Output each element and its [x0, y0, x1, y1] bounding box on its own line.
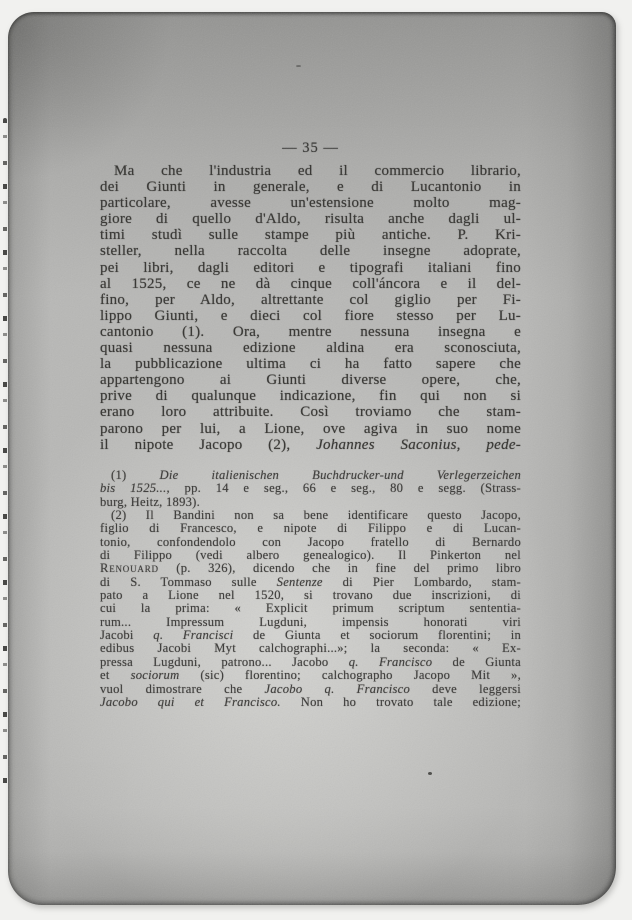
- text-line: steller, nella raccolta delle insegne ad…: [100, 243, 521, 259]
- text-run: di Filippo (vedi albero genealogico). Il…: [100, 548, 521, 562]
- text-run: pei libri, dagli editori e tipografi ita…: [100, 260, 521, 276]
- text-line: (2) Il Bandini non sa bene identificare …: [100, 509, 521, 522]
- deckle-edge: [3, 118, 7, 786]
- italic-run: sociorum: [131, 668, 180, 682]
- text-line: pressa Lugduni, patrono... Jacobo q. Fra…: [100, 656, 521, 669]
- text-run: vuol dimostrare che: [100, 682, 265, 696]
- text-line: di S. Tommaso sulle Sentenze di Pier Lom…: [100, 576, 521, 589]
- text-run: deve leggersi: [410, 682, 521, 696]
- text-run: steller, nella raccolta delle insegne ad…: [100, 243, 521, 259]
- text-run: di S. Tommaso sulle: [100, 575, 277, 589]
- text-run: (2) Il Bandini non sa bene identificare …: [111, 508, 521, 522]
- text-run: appartengono ai Giunti diverse opere, ch…: [100, 372, 521, 388]
- italic-run: Johannes Saconius, pede-: [316, 437, 521, 453]
- text-run: (1): [111, 468, 160, 482]
- text-run: cantonio (1). Ora, mentre nessuna insegn…: [100, 324, 521, 340]
- text-run: al 1525, ce ne dà cinque coll'áncora e i…: [100, 276, 521, 292]
- text-run: la pubblicazione ultima ci ha fatto sape…: [100, 356, 521, 372]
- text-run: Non ho trovato tale edizione;: [281, 695, 521, 709]
- italic-run: q. Francisco: [349, 655, 433, 669]
- text-run: dei Giunti in generale, e di Lucantonio …: [100, 179, 521, 195]
- text-line: cui la prima: « Explicit primum scriptum…: [100, 602, 521, 615]
- scanned-page: — 35 — Ma che l'industria ed il commerci…: [8, 12, 616, 905]
- text-line: parono per lui, a Lione, ove agiva in su…: [100, 421, 521, 437]
- text-line: il nipote Jacopo (2), Johannes Saconius,…: [100, 437, 521, 453]
- text-line: fino, per Aldo, altrettante col giglio p…: [100, 292, 521, 308]
- text-run: cui la prima: « Explicit primum scriptum…: [100, 601, 521, 615]
- text-run: tonio, confondendolo con Jacopo fratello…: [100, 535, 521, 549]
- text-run: (p. 326), dicendo che in fine del primo …: [159, 561, 521, 575]
- text-line: timi studì sulle stampe più antiche. P. …: [100, 227, 521, 243]
- text-run: Ma che l'industria ed il commercio libra…: [114, 163, 521, 179]
- text-run: di Pier Lombardo, stam-: [323, 575, 521, 589]
- text-line: Jacobi q. Francisci de Giunta et socioru…: [100, 629, 521, 642]
- text-line: lippo Giunti, e dieci col fiore stesso p…: [100, 308, 521, 324]
- italic-run: q. Francisci: [153, 628, 233, 642]
- text-line: figlio di Francesco, e nipote di Filippo…: [100, 522, 521, 535]
- text-line: al 1525, ce ne dà cinque coll'áncora e i…: [100, 276, 521, 292]
- text-run: giore di quello d'Aldo, risulta anche da…: [100, 211, 521, 227]
- text-line: Ma che l'industria ed il commercio libra…: [100, 163, 521, 179]
- text-line: particolare, avesse un'estensione molto …: [100, 195, 521, 211]
- text-line: (1) Die italienischen Buchdrucker-und Ve…: [100, 469, 521, 482]
- text-run: Jacobi: [100, 628, 153, 642]
- text-line: pei libri, dagli editori e tipografi ita…: [100, 260, 521, 276]
- text-run: figlio di Francesco, e nipote di Filippo…: [100, 521, 521, 535]
- text-line: et sociorum (sic) florentino; calchograp…: [100, 669, 521, 682]
- italic-run: Jacobo q. Francisco: [265, 682, 410, 696]
- text-run: fino, per Aldo, altrettante col giglio p…: [100, 292, 521, 308]
- text-line: pato a Lione nel 1520, si trovano due in…: [100, 589, 521, 602]
- scan-speck: [296, 65, 301, 67]
- smallcaps-run: Renouard: [100, 561, 159, 575]
- text-line: appartengono ai Giunti diverse opere, ch…: [100, 372, 521, 388]
- text-run: pato a Lione nel 1520, si trovano due in…: [100, 588, 521, 602]
- text-run: parono per lui, a Lione, ove agiva in su…: [100, 421, 521, 437]
- text-run: prive di qualunque indicazione, fin qui …: [100, 388, 521, 404]
- body-text: Ma che l'industria ed il commercio libra…: [100, 163, 521, 453]
- text-line: bis 1525..., pp. 14 e seg., 66 e seg., 8…: [100, 482, 521, 495]
- text-line: Renouard (p. 326), dicendo che in fine d…: [100, 562, 521, 575]
- italic-run: bis 1525...,: [100, 481, 170, 495]
- text-run: lippo Giunti, e dieci col fiore stesso p…: [100, 308, 521, 324]
- italic-run: Sentenze: [277, 575, 323, 589]
- italic-run: Jacobo qui et Francisco.: [100, 695, 281, 709]
- text-run: il nipote Jacopo (2),: [100, 437, 316, 453]
- text-line: rum... Impressum Lugduni, impensis honor…: [100, 616, 521, 629]
- text-run: quasi nessuna edizione aldina era sconos…: [100, 340, 521, 356]
- text-run: particolare, avesse un'estensione molto …: [100, 195, 521, 211]
- text-line: la pubblicazione ultima ci ha fatto sape…: [100, 356, 521, 372]
- text-run: de Giunta: [432, 655, 521, 669]
- text-run: erano loro attribuite. Così troviamo che…: [100, 404, 521, 420]
- text-line: cantonio (1). Ora, mentre nessuna insegn…: [100, 324, 521, 340]
- footnotes: (1) Die italienischen Buchdrucker-und Ve…: [100, 469, 521, 709]
- text-line: erano loro attribuite. Così troviamo che…: [100, 404, 521, 420]
- text-run: de Giunta et sociorum florentini; in: [233, 628, 521, 642]
- text-run: timi studì sulle stampe più antiche. P. …: [100, 227, 521, 243]
- text-line: Jacobo qui et Francisco. Non ho trovato …: [100, 696, 521, 709]
- page-number: — 35 —: [100, 138, 521, 158]
- text-line: quasi nessuna edizione aldina era sconos…: [100, 340, 521, 356]
- italic-run: Die italienischen Buchdrucker-und Verleg…: [160, 468, 522, 482]
- text-line: di Filippo (vedi albero genealogico). Il…: [100, 549, 521, 562]
- text-line: giore di quello d'Aldo, risulta anche da…: [100, 211, 521, 227]
- text-line: tonio, confondendolo con Jacopo fratello…: [100, 536, 521, 549]
- text-line: edibus Jacobi Myt calchographi...»; la s…: [100, 642, 521, 655]
- text-run: burg, Heitz, 1893).: [100, 495, 200, 509]
- text-run: pressa Lugduni, patrono... Jacobo: [100, 655, 349, 669]
- text-line: burg, Heitz, 1893).: [100, 496, 521, 509]
- text-run: edibus Jacobi Myt calchographi...»; la s…: [100, 641, 521, 655]
- text-run: rum... Impressum Lugduni, impensis honor…: [100, 615, 521, 629]
- text-line: vuol dimostrare che Jacobo q. Francisco …: [100, 683, 521, 696]
- scan-speck: [428, 772, 432, 775]
- text-run: pp. 14 e seg., 66 e seg., 80 e segg. (St…: [170, 481, 521, 495]
- text-line: dei Giunti in generale, e di Lucantonio …: [100, 179, 521, 195]
- text-run: (sic) florentino; calchographo Jacopo Mi…: [179, 668, 521, 682]
- text-run: et: [100, 668, 131, 682]
- text-line: prive di qualunque indicazione, fin qui …: [100, 388, 521, 404]
